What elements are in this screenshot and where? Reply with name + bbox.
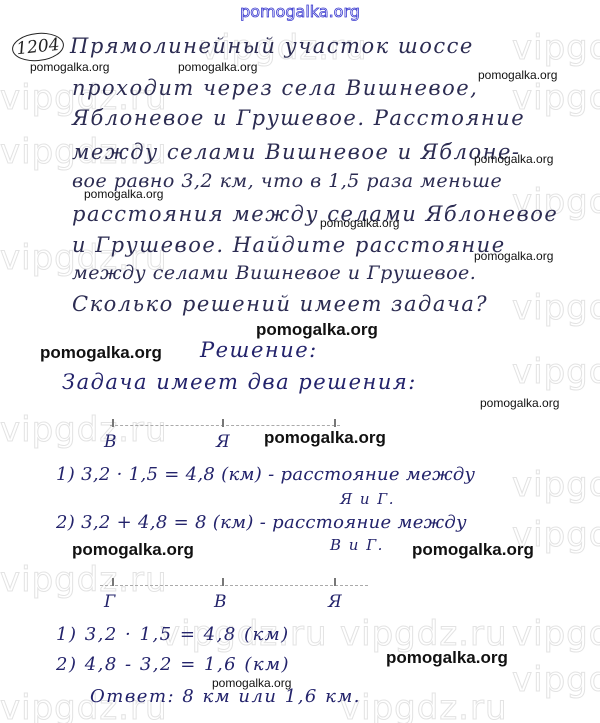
case1-step1-note: Я и Г. [340, 490, 395, 508]
task-line: проходит через села Вишневое, [72, 76, 478, 100]
point-label-ya: Я [216, 432, 230, 452]
watermark-pomogalka: pomogalka.org [320, 216, 399, 230]
tick [112, 578, 114, 586]
tick [334, 419, 336, 427]
watermark-pomogalka: pomogalka.org [478, 68, 557, 82]
watermark-vipgdz: vipgdz.ru [0, 560, 168, 600]
watermark-pomogalka: pomogalka.org [264, 428, 386, 448]
tick [222, 578, 224, 586]
point-label-v: В [104, 432, 117, 452]
watermark-pomogalka: pomogalka.org [212, 676, 291, 690]
watermark-top: pomogalka.org [0, 2, 600, 21]
watermark-vipgdz: vipgdz.ru [512, 660, 600, 700]
watermark-pomogalka: pomogalka.org [386, 648, 508, 668]
solution-intro: Задача имеет два решения: [62, 370, 417, 394]
watermark-vipgdz: vipgdz.ru [512, 288, 600, 328]
task-line: и Грушевое. Найдите расстояние [72, 233, 506, 257]
number-line-2 [100, 585, 368, 586]
watermark-vipgdz: vipgdz.ru [512, 465, 600, 505]
case1-step1: 1) 3,2 · 1,5 = 4,8 (км) - расстояние меж… [56, 464, 475, 485]
watermark-pomogalka: pomogalka.org [84, 187, 163, 201]
watermark-vipgdz: vipgdz.ru [340, 688, 508, 723]
watermark-vipgdz: vipgdz.ru [512, 614, 600, 654]
case1-step2-note: В и Г. [330, 536, 384, 554]
watermark-vipgdz: vipgdz.ru [512, 28, 600, 68]
tick [112, 419, 114, 427]
task-number: 1204 [11, 30, 66, 63]
number-line-1 [110, 425, 340, 426]
watermark-vipgdz: vipgdz.ru [512, 352, 600, 392]
task-line: Сколько решений имеет задача? [72, 292, 488, 316]
watermark-pomogalka: pomogalka.org [412, 540, 534, 560]
watermark-pomogalka: pomogalka.org [178, 60, 257, 74]
case1-step2: 2) 3,2 + 4,8 = 8 (км) - расстояние между [56, 512, 467, 533]
task-line: между селами Вишневое и Яблоне- [72, 140, 521, 164]
watermark-pomogalka: pomogalka.org [72, 540, 194, 560]
watermark-pomogalka: pomogalka.org [474, 249, 553, 263]
point-label-ya: Я [328, 592, 342, 612]
task-line: Прямолинейный участок шоссе [70, 34, 474, 58]
point-label-v: В [214, 592, 227, 612]
task-line: между селами Вишневое и Грушевое. [72, 262, 476, 284]
task-line: расстояния между селами Яблоневое [72, 202, 558, 226]
watermark-pomogalka: pomogalka.org [40, 343, 162, 363]
watermark-pomogalka: pomogalka.org [30, 60, 109, 74]
watermark-pomogalka: pomogalka.org [256, 320, 378, 340]
task-line: Яблоневое и Грушевое. Расстояние [72, 106, 525, 130]
watermark-vipgdz: vipgdz.ru [512, 78, 600, 118]
solution-heading: Решение: [200, 338, 318, 362]
case2-step2: 2) 4,8 - 3,2 = 1,6 (км) [56, 654, 290, 675]
watermark-vipgdz: vipgdz.ru [0, 410, 168, 450]
watermark-pomogalka: pomogalka.org [474, 152, 553, 166]
tick [334, 578, 336, 586]
tick [222, 419, 224, 427]
point-label-g: Г [104, 592, 115, 612]
watermark-pomogalka: pomogalka.org [480, 396, 559, 410]
case2-step1: 1) 3,2 · 1,5 = 4,8 (км) [56, 624, 290, 645]
